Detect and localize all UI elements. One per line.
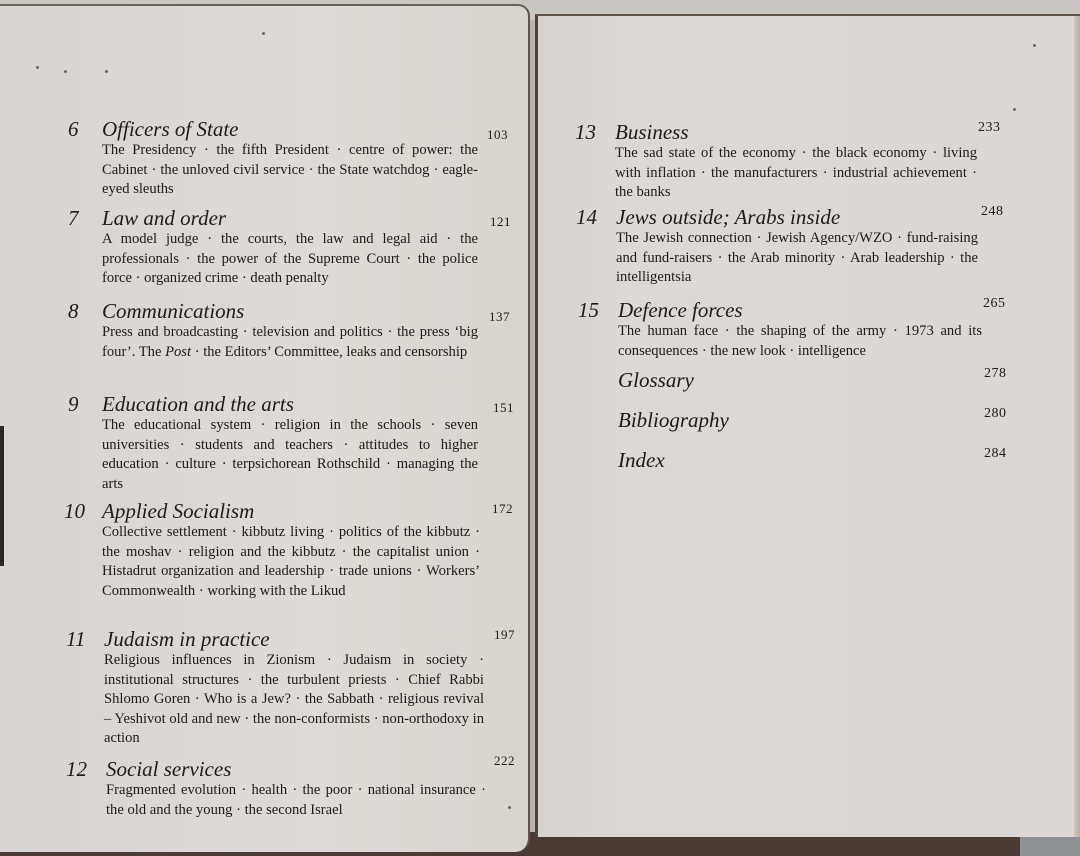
page-number: 280 bbox=[984, 406, 1007, 422]
chapter-number: 9 bbox=[68, 392, 79, 416]
chapter-description: Fragmented evolution · health · the poor… bbox=[106, 781, 486, 820]
toc-entry-13: 13 Business 233 The sad state of the eco… bbox=[575, 120, 1005, 200]
paper-speck bbox=[262, 32, 265, 35]
chapter-number: 13 bbox=[575, 120, 596, 144]
toc-entry-index: Index 284 bbox=[618, 448, 1008, 478]
chapter-number: 11 bbox=[66, 627, 85, 651]
newspaper-name: Post bbox=[165, 344, 191, 360]
chapter-number: 12 bbox=[66, 757, 87, 781]
paper-speck bbox=[36, 66, 39, 69]
chapter-description: The human face · the shaping of the army… bbox=[618, 322, 982, 361]
page-number: 248 bbox=[981, 204, 1004, 220]
toc-entry-10: 10 Applied Socialism 172 Collective sett… bbox=[64, 499, 508, 619]
chapter-description: A model judge · the courts, the law and … bbox=[102, 230, 478, 289]
toc-entry-15: 15 Defence forces 265 The human face · t… bbox=[578, 298, 1008, 358]
chapter-title: Law and order bbox=[102, 206, 226, 230]
section-title: Glossary bbox=[618, 368, 694, 392]
chapter-number: 10 bbox=[64, 499, 85, 523]
chapter-title: Defence forces bbox=[618, 298, 743, 322]
page-number: 137 bbox=[489, 309, 510, 325]
page-number: 151 bbox=[493, 400, 514, 416]
chapter-description: The Jewish connection · Jewish Agency/WZ… bbox=[616, 229, 978, 288]
chapter-title: Education and the arts bbox=[102, 392, 294, 416]
chapter-title: Social services bbox=[106, 757, 231, 781]
paper-speck bbox=[105, 70, 108, 73]
page-number: 278 bbox=[984, 366, 1007, 382]
section-title: Index bbox=[618, 448, 665, 472]
chapter-number: 15 bbox=[578, 298, 599, 322]
section-title: Bibliography bbox=[618, 408, 729, 432]
toc-entry-11: 11 Judaism in practice 197 Religious inf… bbox=[66, 627, 510, 747]
toc-entry-14: 14 Jews outside; Arabs inside 248 The Je… bbox=[576, 205, 1006, 285]
toc-entry-bibliography: Bibliography 280 bbox=[618, 408, 1008, 438]
page-number: 284 bbox=[984, 446, 1007, 462]
chapter-title: Officers of State bbox=[102, 117, 238, 141]
chapter-number: 8 bbox=[68, 299, 79, 323]
paper-speck bbox=[1033, 44, 1036, 47]
chapter-description: The sad state of the economy · the black… bbox=[615, 144, 977, 203]
chapter-description: Religious influences in Zionism · Judais… bbox=[104, 651, 484, 749]
chapter-description: Press and broadcasting · television and … bbox=[102, 323, 478, 362]
paper-speck bbox=[508, 806, 511, 809]
toc-entry-12: 12 Social services 222 Fragmented evolut… bbox=[66, 757, 510, 827]
chapter-title: Communications bbox=[102, 299, 244, 323]
page-number: 121 bbox=[490, 214, 511, 230]
chapter-description: The Presidency · the fifth President · c… bbox=[102, 141, 478, 200]
chapter-number: 14 bbox=[576, 205, 597, 229]
page-number: 197 bbox=[494, 627, 515, 643]
book-cover-edge bbox=[0, 426, 4, 566]
toc-entry-9: 9 Education and the arts 151 The educati… bbox=[68, 392, 508, 492]
chapter-number: 6 bbox=[68, 117, 79, 141]
page-number: 222 bbox=[494, 753, 515, 769]
chapter-description: Collective settlement · kibbutz living ·… bbox=[102, 523, 480, 601]
page-number: 103 bbox=[487, 127, 508, 143]
chapter-title: Judaism in practice bbox=[104, 627, 270, 651]
page-number: 172 bbox=[492, 501, 513, 517]
chapter-title: Jews outside; Arabs inside bbox=[616, 205, 840, 229]
toc-entry-7: 7 Law and order 121 A model judge · the … bbox=[68, 206, 508, 286]
chapter-number: 7 bbox=[68, 206, 79, 230]
page-edge bbox=[1074, 16, 1080, 837]
right-page: 13 Business 233 The sad state of the eco… bbox=[535, 14, 1080, 837]
chapter-title: Business bbox=[615, 120, 689, 144]
toc-entry-8: 8 Communications 137 Press and broadcast… bbox=[68, 299, 508, 379]
paper-speck bbox=[64, 70, 67, 73]
toc-entry-6: 6 Officers of State 103 The Presidency ·… bbox=[68, 117, 508, 197]
toc-entry-glossary: Glossary 278 bbox=[618, 368, 1008, 398]
description-text: · the Editors’ Committee, leaks and cens… bbox=[191, 344, 467, 360]
chapter-title: Applied Socialism bbox=[102, 499, 254, 523]
page-number: 233 bbox=[978, 120, 1001, 136]
chapter-description: The educational system · religion in the… bbox=[102, 416, 478, 494]
left-page: 6 Officers of State 103 The Presidency ·… bbox=[0, 4, 530, 852]
page-number: 265 bbox=[983, 296, 1006, 312]
paper-speck bbox=[1013, 108, 1016, 111]
